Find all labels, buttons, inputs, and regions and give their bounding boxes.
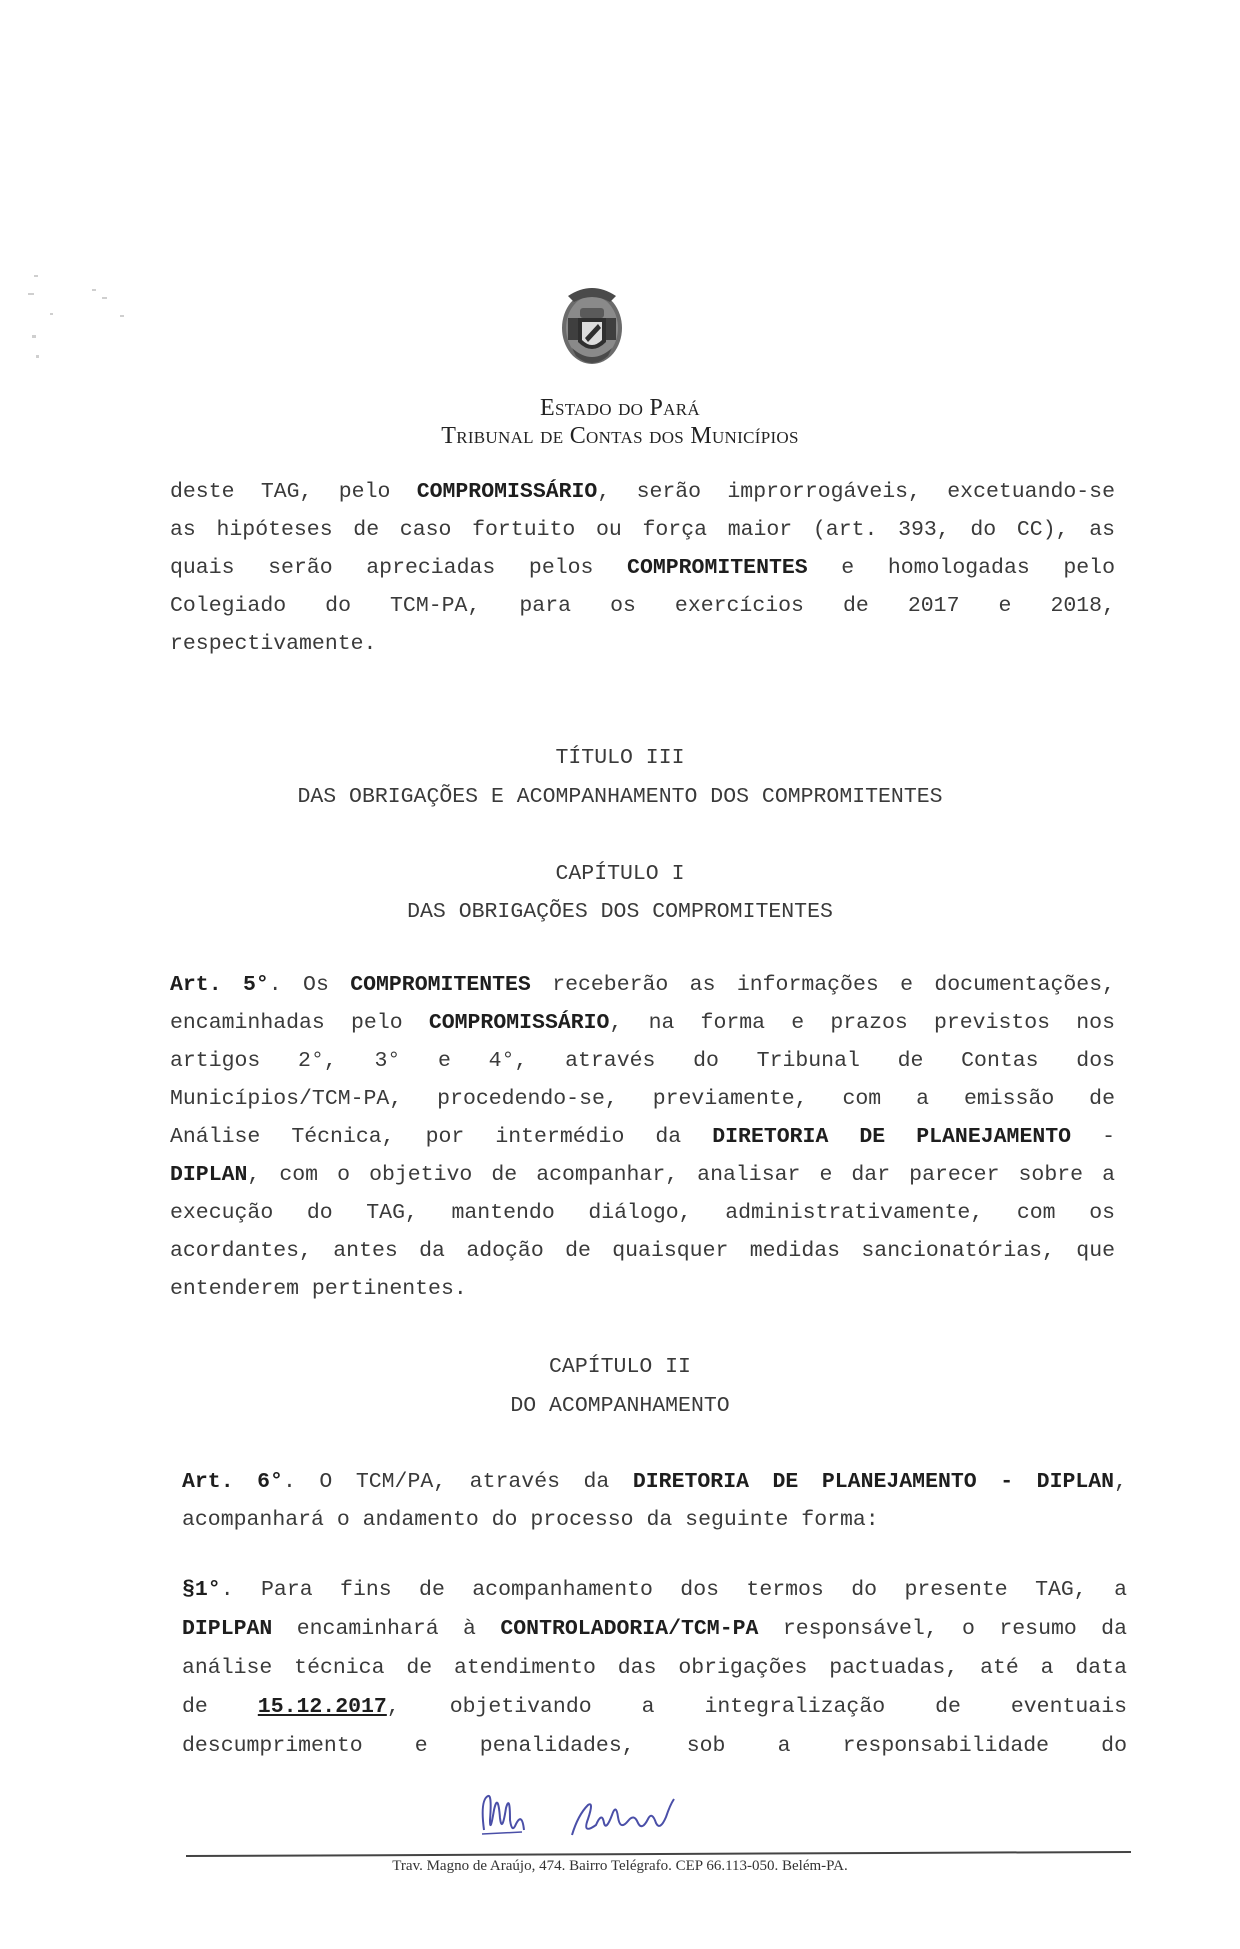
text-line: respectivamente. xyxy=(170,632,1115,656)
text-run: , com o objetivo de acompanhar, analisar… xyxy=(247,1163,1115,1187)
bold-term: §1° xyxy=(182,1578,221,1602)
text-run: entenderem pertinentes. xyxy=(170,1277,467,1301)
text-line: de 15.12.2017, objetivando a integraliza… xyxy=(182,1695,1127,1719)
text-line: análise técnica de atendimento das obrig… xyxy=(182,1656,1127,1680)
text-line: DIPLAN, com o objetivo de acompanhar, an… xyxy=(170,1163,1115,1187)
bold-term: COMPROMITENTES xyxy=(627,556,808,580)
chapter-1-heading: DAS OBRIGAÇÕES DOS COMPROMITENTES xyxy=(0,900,1240,924)
footer-divider xyxy=(186,1851,1131,1857)
bold-term: DIPLPAN xyxy=(182,1617,272,1641)
bold-term: COMPROMITENTES xyxy=(350,973,531,997)
text-line: quais serão apreciadas pelos COMPROMITEN… xyxy=(170,556,1115,580)
text-line: as hipóteses de caso fortuito ou força m… xyxy=(170,518,1115,542)
text-line: Análise Técnica, por intermédio da DIRET… xyxy=(170,1125,1115,1149)
text-line: descumprimento e penalidades, sob a resp… xyxy=(182,1734,1127,1758)
text-run: descumprimento e penalidades, sob a resp… xyxy=(182,1734,1127,1758)
bold-term: 15.12.2017 xyxy=(258,1695,387,1719)
text-run: receberão as informações e documentações… xyxy=(531,973,1115,997)
text-run: , objetivando a integralização de eventu… xyxy=(387,1695,1127,1719)
handwritten-signature xyxy=(568,1795,688,1845)
scan-artifacts xyxy=(20,255,140,375)
text-line: §1°. Para fins de acompanhamento dos ter… xyxy=(182,1578,1127,1602)
text-run: deste TAG, pelo xyxy=(170,480,417,504)
letterhead-state: Estado do Pará xyxy=(0,395,1240,422)
text-run: encaminhará à xyxy=(272,1617,500,1641)
text-run: respectivamente. xyxy=(170,632,376,656)
text-line: Art. 5°. Os COMPROMITENTES receberão as … xyxy=(170,973,1115,997)
text-run: e homologadas pelo xyxy=(808,556,1115,580)
text-run: , na forma e prazos previstos nos xyxy=(609,1011,1115,1035)
chapter-2-heading: DO ACOMPANHAMENTO xyxy=(0,1394,1240,1418)
title-heading: DAS OBRIGAÇÕES E ACOMPANHAMENTO DOS COMP… xyxy=(0,785,1240,809)
bold-term: CONTROLADORIA/TCM-PA xyxy=(500,1617,758,1641)
text-run: análise técnica de atendimento das obrig… xyxy=(182,1656,1127,1680)
bold-term: DIRETORIA DE PLANEJAMENTO xyxy=(712,1125,1071,1149)
text-run: . Para fins de acompanhamento dos termos… xyxy=(221,1578,1127,1602)
text-run: acordantes, antes da adoção de quaisquer… xyxy=(170,1239,1115,1263)
text-run: responsável, o resumo da xyxy=(758,1617,1127,1641)
text-run: - xyxy=(1071,1125,1115,1149)
text-line: artigos 2°, 3° e 4°, através do Tribunal… xyxy=(170,1049,1115,1073)
text-line: execução do TAG, mantendo diálogo, admin… xyxy=(170,1201,1115,1225)
document-page: Estado do Pará Tribunal de Contas dos Mu… xyxy=(0,0,1240,1949)
text-run: as hipóteses de caso fortuito ou força m… xyxy=(170,518,1115,542)
text-line: encaminhadas pelo COMPROMISSÁRIO, na for… xyxy=(170,1011,1115,1035)
bold-term: COMPROMISSÁRIO xyxy=(429,1011,610,1035)
bold-term: COMPROMISSÁRIO xyxy=(417,480,598,504)
title-number: TÍTULO III xyxy=(0,746,1240,770)
text-run: , serão improrrogáveis, excetuando-se xyxy=(597,480,1115,504)
chapter-2-number: CAPÍTULO II xyxy=(0,1355,1240,1379)
text-run: Municípios/TCM-PA, procedendo-se, previa… xyxy=(170,1087,1115,1111)
text-run: artigos 2°, 3° e 4°, através do Tribunal… xyxy=(170,1049,1115,1073)
text-run: . Os xyxy=(269,973,350,997)
text-run: encaminhadas pelo xyxy=(170,1011,429,1035)
text-line: DIPLPAN encaminhará à CONTROLADORIA/TCM-… xyxy=(182,1617,1127,1641)
text-run: Colegiado do TCM-PA, para os exercícios … xyxy=(170,594,1115,618)
text-run: acompanhará o andamento do processo da s… xyxy=(182,1508,879,1532)
initials-signature xyxy=(478,1790,526,1840)
chapter-1-number: CAPÍTULO I xyxy=(0,862,1240,886)
text-line: Municípios/TCM-PA, procedendo-se, previa… xyxy=(170,1087,1115,1111)
footer-address: Trav. Magno de Araújo, 474. Bairro Telég… xyxy=(0,1858,1240,1875)
bold-term: Art. 5° xyxy=(170,973,269,997)
text-line: acordantes, antes da adoção de quaisquer… xyxy=(170,1239,1115,1263)
coat-of-arms-emblem xyxy=(558,282,626,368)
text-run: quais serão apreciadas pelos xyxy=(170,556,627,580)
text-run: . O TCM/PA, através da xyxy=(283,1470,633,1494)
bold-term: DIPLAN xyxy=(170,1163,247,1187)
text-line: entenderem pertinentes. xyxy=(170,1277,1115,1301)
text-line: deste TAG, pelo COMPROMISSÁRIO, serão im… xyxy=(170,480,1115,504)
text-run: , xyxy=(1114,1470,1127,1494)
text-line: Art. 6°. O TCM/PA, através da DIRETORIA … xyxy=(182,1470,1127,1494)
text-run: Análise Técnica, por intermédio da xyxy=(170,1125,712,1149)
bold-term: Art. 6° xyxy=(182,1470,283,1494)
letterhead-court: Tribunal de Contas dos Municípios xyxy=(0,423,1240,450)
text-run: execução do TAG, mantendo diálogo, admin… xyxy=(170,1201,1115,1225)
text-line: acompanhará o andamento do processo da s… xyxy=(182,1508,1127,1532)
bold-term: DIRETORIA DE PLANEJAMENTO - DIPLAN xyxy=(633,1470,1114,1494)
text-run: de xyxy=(182,1695,258,1719)
text-line: Colegiado do TCM-PA, para os exercícios … xyxy=(170,594,1115,618)
